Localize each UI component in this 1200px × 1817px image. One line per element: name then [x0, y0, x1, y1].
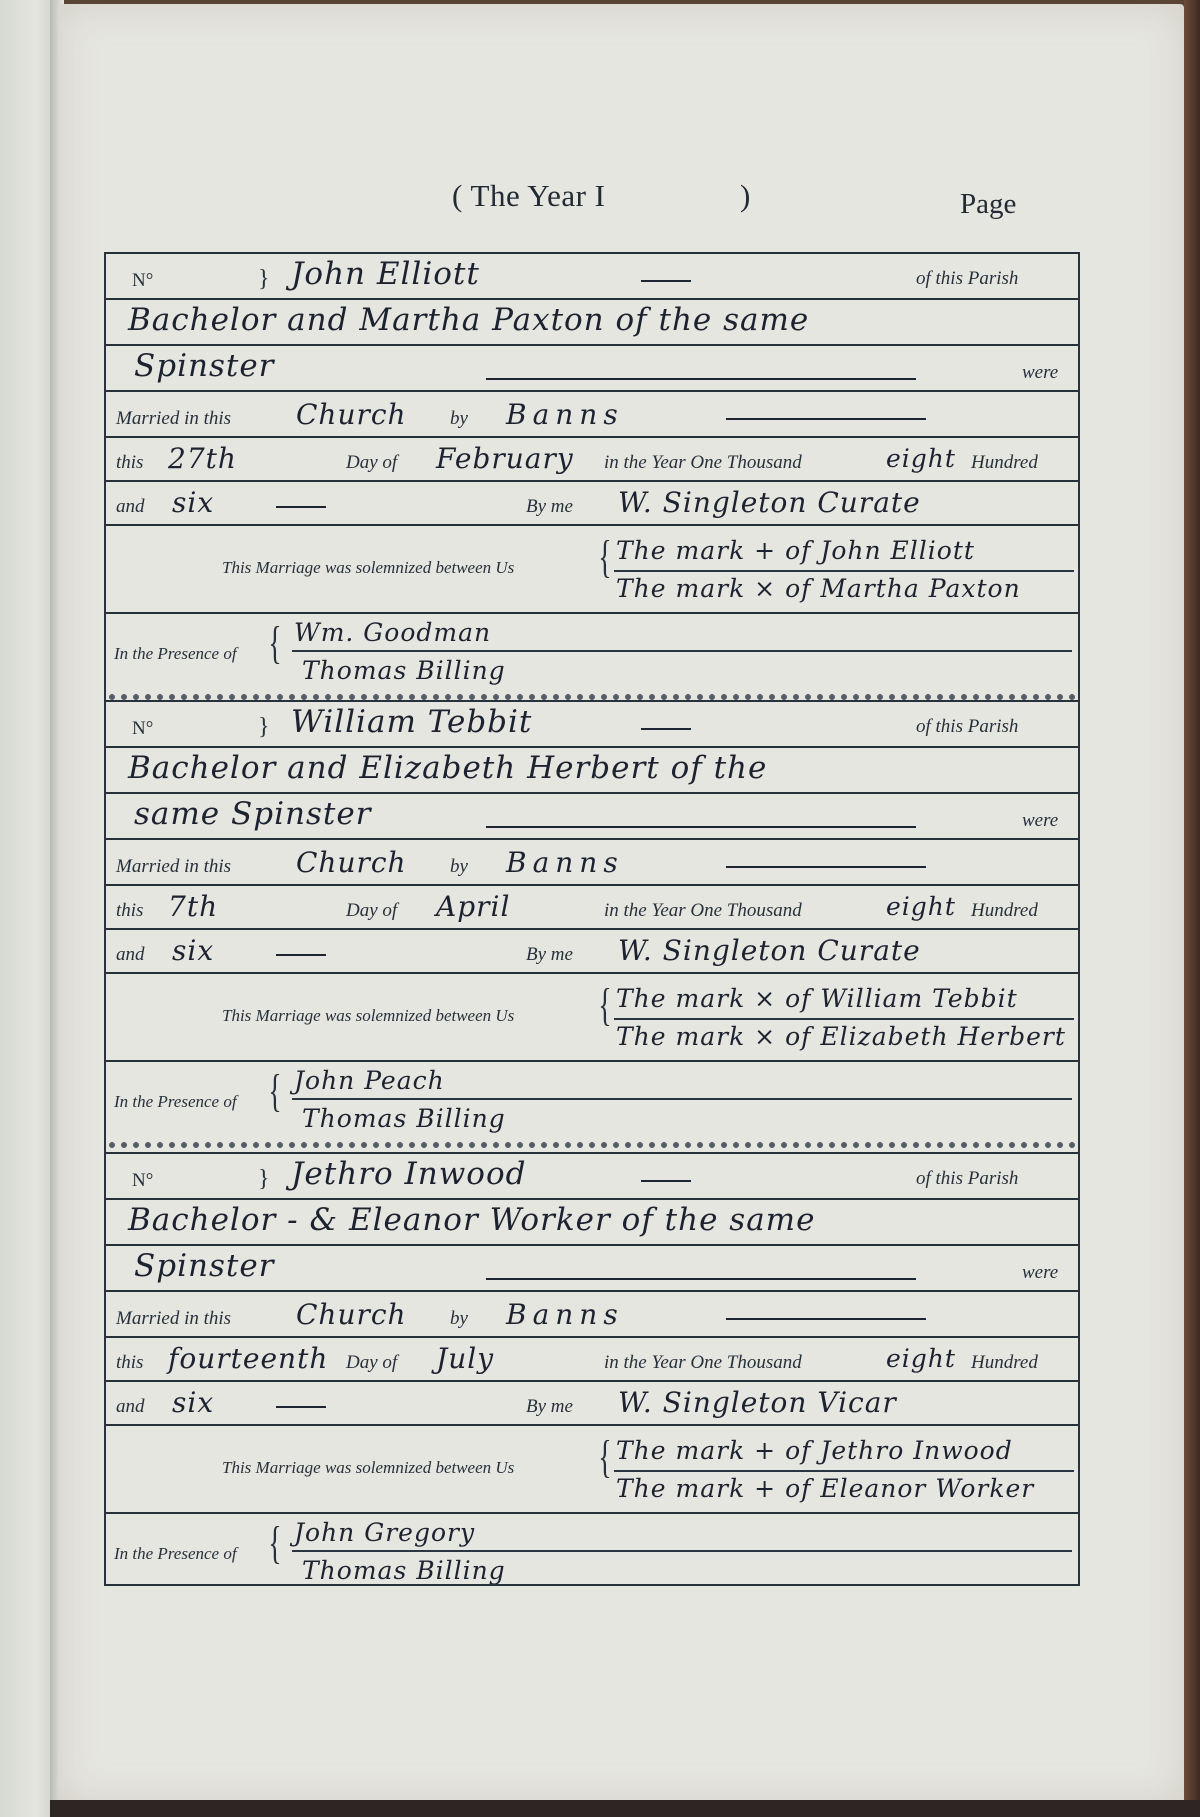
- groom-signature: The mark + of John Elliott: [616, 536, 975, 565]
- brace-glyph: }: [258, 714, 270, 741]
- hundred-label: Hundred: [971, 900, 1038, 922]
- by-me-label: By me: [526, 944, 573, 966]
- and-label: and: [116, 1396, 145, 1418]
- bride-status: same Spinster: [134, 796, 371, 832]
- bride-signature: The mark + of Eleanor Worker: [616, 1474, 1034, 1503]
- marriage-day: 7th: [168, 890, 218, 923]
- bride-status: Spinster: [134, 348, 275, 384]
- number-label: N°: [132, 1170, 153, 1192]
- officiant: W. Singleton Vicar: [618, 1386, 897, 1419]
- marriage-day: 27th: [168, 442, 237, 475]
- brace-icon: {: [598, 982, 611, 1028]
- solemnized-label: This Marriage was solemnized between Us: [222, 1458, 514, 1478]
- page-label: Page: [960, 188, 1016, 221]
- witness-2: Thomas Billing: [302, 656, 506, 685]
- marriage-month: February: [436, 442, 574, 475]
- by-me-label: By me: [526, 496, 573, 518]
- brace-icon: {: [598, 534, 611, 580]
- this-label: this: [116, 900, 143, 922]
- witness-2: Thomas Billing: [302, 1556, 506, 1585]
- this-label: this: [116, 1352, 143, 1374]
- marriage-month: April: [436, 890, 510, 923]
- century-word: eight: [886, 1344, 956, 1373]
- married-in-label: Married in this: [116, 856, 231, 878]
- hundred-label: Hundred: [971, 1352, 1038, 1374]
- bride-signature: The mark × of Elizabeth Herbert: [616, 1022, 1066, 1051]
- witness-1: Wm. Goodman: [294, 618, 491, 647]
- brace-glyph: }: [258, 266, 270, 293]
- solemnized-label: This Marriage was solemnized between Us: [222, 558, 514, 578]
- year-tail: six: [172, 486, 214, 519]
- century-word: eight: [886, 444, 956, 473]
- groom-name: William Tebbit: [291, 704, 532, 740]
- day-of-label: Day of: [346, 1352, 397, 1374]
- were-label: were: [1022, 810, 1058, 832]
- century-word: eight: [886, 892, 956, 921]
- day-of-label: Day of: [346, 452, 397, 474]
- day-of-label: Day of: [346, 900, 397, 922]
- groom-signature: The mark + of Jethro Inwood: [616, 1436, 1013, 1465]
- bride-status: Spinster: [134, 1248, 275, 1284]
- year-tail: six: [172, 1386, 214, 1419]
- marriage-method: Banns: [506, 1298, 624, 1331]
- by-label: by: [450, 856, 468, 878]
- presence-label: In the Presence of: [114, 1544, 237, 1564]
- number-label: N°: [132, 718, 153, 740]
- year-phrase-label: in the Year One Thousand: [604, 1352, 802, 1374]
- status-and-bride: Bachelor and Elizabeth Herbert of the: [128, 750, 767, 786]
- witness-1: John Peach: [294, 1066, 445, 1095]
- officiant: W. Singleton Curate: [618, 486, 921, 519]
- brace-icon: {: [268, 1068, 281, 1114]
- by-label: by: [450, 408, 468, 430]
- married-in-label: Married in this: [116, 1308, 231, 1330]
- number-label: N°: [132, 270, 153, 292]
- year-tail: six: [172, 934, 214, 967]
- book-cover-edge: [1184, 0, 1200, 1817]
- status-and-bride: Bachelor - & Eleanor Worker of the same: [128, 1202, 815, 1238]
- marriage-place: Church: [296, 398, 407, 431]
- officiant: W. Singleton Curate: [618, 934, 921, 967]
- bride-signature: The mark × of Martha Paxton: [616, 574, 1021, 603]
- register-bottom-rule: [106, 1584, 1078, 1586]
- brace-icon: {: [268, 620, 281, 666]
- of-this-parish-label: of this Parish: [916, 1168, 1018, 1190]
- year-phrase-label: in the Year One Thousand: [604, 900, 802, 922]
- marriage-place: Church: [296, 846, 407, 879]
- of-this-parish-label: of this Parish: [916, 268, 1018, 290]
- witness-1: John Gregory: [294, 1518, 475, 1547]
- brace-icon: {: [598, 1434, 611, 1480]
- by-label: by: [450, 1308, 468, 1330]
- marriage-place: Church: [296, 1298, 407, 1331]
- marriage-register-table: N° } John Elliott of this Parish Bachelo…: [104, 252, 1080, 1586]
- were-label: were: [1022, 1262, 1058, 1284]
- year-heading-close: ): [740, 178, 750, 214]
- were-label: were: [1022, 362, 1058, 384]
- marriage-day: fourteenth: [168, 1342, 328, 1375]
- hundred-label: Hundred: [971, 452, 1038, 474]
- of-this-parish-label: of this Parish: [916, 716, 1018, 738]
- status-and-bride: Bachelor and Martha Paxton of the same: [128, 302, 809, 338]
- and-label: and: [116, 944, 145, 966]
- brace-glyph: }: [258, 1166, 270, 1193]
- marriage-method: Banns: [506, 846, 624, 879]
- book-bottom-edge: [50, 1800, 1200, 1817]
- groom-signature: The mark × of William Tebbit: [616, 984, 1018, 1013]
- brace-icon: {: [268, 1520, 281, 1566]
- solemnized-label: This Marriage was solemnized between Us: [222, 1006, 514, 1026]
- ornamental-divider: [106, 1140, 1078, 1150]
- presence-label: In the Presence of: [114, 1092, 237, 1112]
- witness-2: Thomas Billing: [302, 1104, 506, 1133]
- by-me-label: By me: [526, 1396, 573, 1418]
- marriage-method: Banns: [506, 398, 624, 431]
- presence-label: In the Presence of: [114, 644, 237, 664]
- married-in-label: Married in this: [116, 408, 231, 430]
- this-label: this: [116, 452, 143, 474]
- and-label: and: [116, 496, 145, 518]
- groom-name: John Elliott: [291, 256, 480, 292]
- marriage-month: July: [436, 1342, 494, 1375]
- year-phrase-label: in the Year One Thousand: [604, 452, 802, 474]
- year-heading: ( The Year I: [452, 178, 606, 214]
- groom-name: Jethro Inwood: [291, 1156, 526, 1192]
